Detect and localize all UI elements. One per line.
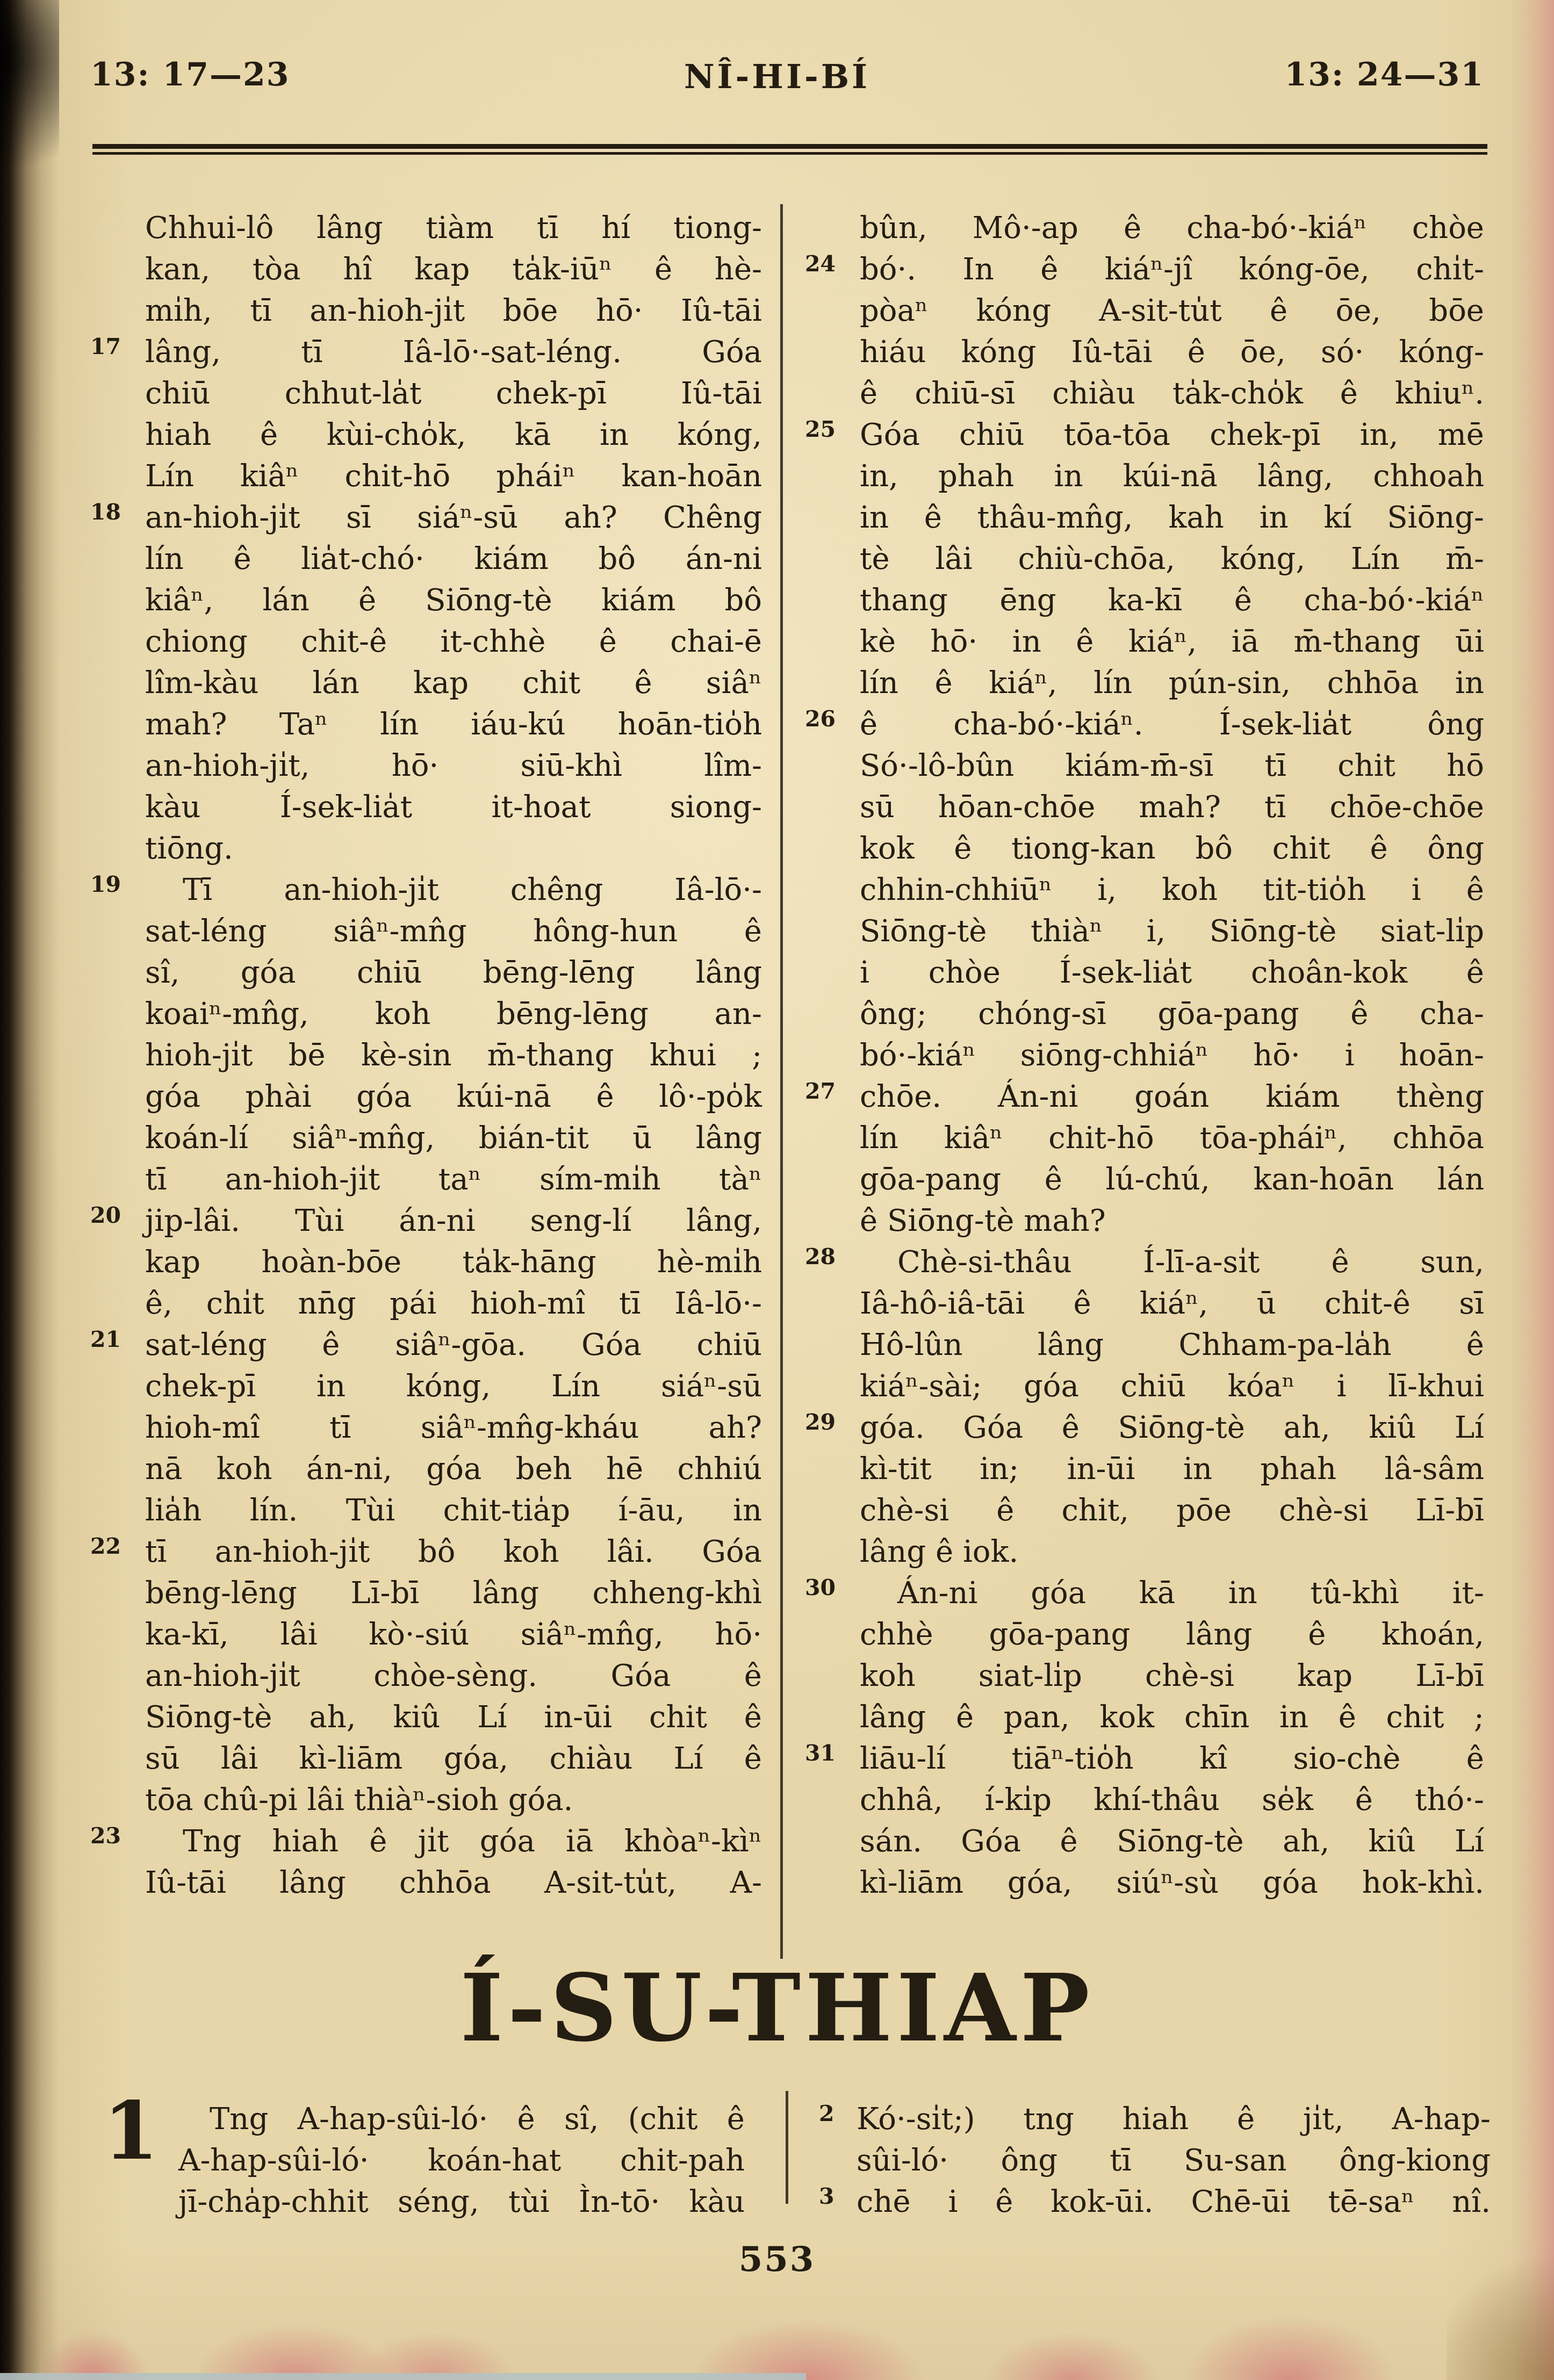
verse-line: 31liāu-lí tiāⁿ-tio̍h kî sio-chè ê <box>860 1738 1484 1779</box>
verse-line: kiáⁿ-sài; góa chiū kóaⁿ i lī-khui <box>860 1366 1484 1407</box>
verse-text: góa phài góa kúi-nā ê lô·-po̍k <box>145 1079 762 1114</box>
verse-line: Só·-lô-bûn kiám-m̄-sī tī chit hō <box>860 745 1484 787</box>
verse-number: 25 <box>805 416 836 442</box>
verse-text: góa. Góa ê Siōng-tè ah, kiû Lí <box>860 1410 1484 1445</box>
verse-number: 31 <box>805 1740 836 1766</box>
verse-text: Chè-si-thâu Í-lī-a-si̍t ê sun, <box>897 1245 1484 1280</box>
verse-line: chiong chit-ê it-chhè ê chai-ē <box>145 621 762 662</box>
scanner-edge <box>0 2373 806 2380</box>
verse-text: Án-ni góa kā in tû-khì it- <box>897 1576 1484 1611</box>
verse-number: 21 <box>90 1326 121 1352</box>
verse-line: bó·-kiáⁿ siōng-chhiáⁿ hō· i hoān- <box>860 1035 1484 1076</box>
verse-line: ê chiū-sī chiàu ta̍k-cho̍k ê khiuⁿ. <box>860 373 1484 414</box>
verse-line: mah? Taⁿ lín iáu-kú hoān-tio̍h <box>145 704 762 745</box>
header-rule <box>92 144 1487 155</box>
verse-text: lâng, tī Iâ-lō·-sat-léng. Góa <box>145 335 762 370</box>
verse-number: 22 <box>90 1533 121 1559</box>
verse-line: góa phài góa kúi-nā ê lô·-po̍k <box>145 1076 762 1117</box>
verse-text: Siōng-tè thiàⁿ i, Siōng-tè siat-li̍p <box>860 914 1484 949</box>
verse-text: mi̍h, tī an-hioh-ji̍t bōe hō· Iû-tāi <box>145 293 762 328</box>
verse-text: ê cha-bó·-kiáⁿ. Í-sek-lia̍t ông <box>860 707 1484 742</box>
verse-line: Lín kiâⁿ chit-hō pháiⁿ kan-hoān <box>145 456 762 497</box>
nehemiah-left-column: Chhui-lô lâng tiàm tī hí tiong-kan, tòa … <box>145 207 762 1903</box>
verse-line: mi̍h, tī an-hioh-ji̍t bōe hō· Iû-tāi <box>145 290 762 331</box>
verse-text: tī an-hioh-ji̍t taⁿ sím-mi̍h tàⁿ <box>145 1162 762 1197</box>
verse-line: lín ê kiáⁿ, lín pún-sin, chhōa in <box>860 662 1484 704</box>
verse-line: sûi-ló· ông tī Su-san ông-kiong <box>857 2140 1491 2181</box>
verse-text: sî, góa chiū bēng-lēng lâng <box>145 955 762 990</box>
verse-line: gōa-pang ê lú-chú, kan-hoān lán <box>860 1159 1484 1200</box>
verse-text: jip-lâi. Tùi án-ni seng-lí lâng, <box>145 1203 762 1238</box>
verse-text: an-hioh-ji̍t, hō· siū-khì lîm- <box>145 748 762 783</box>
verse-line: an-hioh-ji̍t, hō· siū-khì lîm- <box>145 745 762 787</box>
verse-text: kè hō· in ê kiáⁿ, iā m̄-thang ūi <box>860 624 1484 659</box>
verse-text: liāu-lí tiāⁿ-tio̍h kî sio-chè ê <box>860 1741 1484 1776</box>
verse-text: chōe. Án-ni goán kiám thèng <box>860 1079 1484 1114</box>
verse-text: kok ê tiong-kan bô chit ê ông <box>860 831 1484 866</box>
verse-number: 3 <box>819 2183 834 2209</box>
verse-text: Tng hiah ê ji̍t góa iā khòaⁿ-kìⁿ <box>183 1824 762 1859</box>
verse-range-right: 13: 24—31 <box>1284 56 1484 93</box>
page-number: 553 <box>0 2239 1554 2280</box>
verse-text: bēng-lēng Lī-bī lâng chheng-khì <box>145 1576 762 1611</box>
verse-text: kì-liām góa, siúⁿ-sù góa hok-khì. <box>860 1865 1484 1900</box>
verse-line: sat-léng siâⁿ-mn̂g hông-hun ê <box>145 911 762 952</box>
verse-line: 27chōe. Án-ni goán kiám thèng <box>860 1076 1484 1117</box>
verse-text: chē i ê kok-ūi. Chē-ūi tē-saⁿ nî. <box>857 2184 1491 2219</box>
verse-line: koh siat-li̍p chè-si kap Lī-bī <box>860 1655 1484 1697</box>
verse-line: 24bó·. In ê kiáⁿ-jî kóng-ōe, chi̍t- <box>860 249 1484 290</box>
verse-text: sū lâi kì-liām góa, chiàu Lí ê <box>145 1741 762 1776</box>
verse-line: kap hoàn-bōe ta̍k-hāng hè-mi̍h <box>145 1242 762 1283</box>
verse-text: kiáⁿ-sài; góa chiū kóaⁿ i lī-khui <box>860 1369 1484 1404</box>
verse-line: lâng ê pan, kok chīn in ê chit ; <box>860 1697 1484 1738</box>
verse-number: 17 <box>90 334 121 359</box>
verse-number: 18 <box>90 499 121 525</box>
verse-line: chek-pī in kóng, Lín siáⁿ-sū <box>145 1366 762 1407</box>
verse-text: kàu Í-sek-lia̍t it-hoat siong- <box>145 790 762 825</box>
verse-text: Iû-tāi lâng chhōa A-sit-tu̍t, A- <box>145 1865 762 1900</box>
verse-line: 19Tī an-hioh-ji̍t chêng Iâ-lō·- <box>145 869 762 911</box>
verse-line: jī-cha̍p-chhit séng, tùi Ìn-tō· kàu <box>178 2181 745 2223</box>
verse-number: 2 <box>819 2101 834 2126</box>
verse-text: lâng ê pan, kok chīn in ê chit ; <box>860 1700 1484 1735</box>
verse-line: sî, góa chiū bēng-lēng lâng <box>145 952 762 993</box>
verse-number: 20 <box>90 1202 121 1228</box>
verse-number: 27 <box>805 1078 836 1104</box>
verse-text: hiah ê kùi-cho̍k, kā in kóng, <box>145 417 762 452</box>
verse-line: sū hōan-chōe mah? tī chōe-chōe <box>860 787 1484 828</box>
verse-text: ông; chóng-sī gōa-pang ê cha- <box>860 997 1484 1032</box>
verse-text: hiáu kóng Iû-tāi ê ōe, só· kóng- <box>860 335 1484 370</box>
verse-text: Tng A-hap-sûi-ló· ê sî, (chit ê <box>210 2102 745 2137</box>
verse-line: 25Góa chiū tōa-tōa chek-pī in, mē <box>860 414 1484 456</box>
verse-line: koaiⁿ-mn̂g, koh bēng-lēng an- <box>145 993 762 1035</box>
verse-line: A-hap-sûi-ló· koán-hat chit-pah <box>178 2140 745 2181</box>
page-stain <box>0 2267 1554 2380</box>
verse-text: Siōng-tè ah, kiû Lí in-ūi chit ê <box>145 1700 762 1735</box>
verse-text: an-hioh-ji̍t chòe-sèng. Góa ê <box>145 1658 762 1693</box>
verse-text: kiâⁿ, lán ê Siōng-tè kiám bô <box>145 583 762 618</box>
verse-line: 28Chè-si-thâu Í-lī-a-si̍t ê sun, <box>860 1242 1484 1283</box>
verse-line: kì-tit in; in-ūi in phah lâ-sâm <box>860 1448 1484 1490</box>
verse-text: ê, chi̍t nn̄g pái hioh-mî tī Iâ-lō·- <box>145 1286 762 1321</box>
verse-text: chhâ, í-ki̍p khí-thâu se̍k ê thó·- <box>860 1783 1484 1818</box>
verse-text: kì-tit in; in-ūi in phah lâ-sâm <box>860 1452 1484 1487</box>
verse-line: 30Án-ni góa kā in tû-khì it- <box>860 1573 1484 1614</box>
verse-line: ông; chóng-sī gōa-pang ê cha- <box>860 993 1484 1035</box>
verse-number: 28 <box>805 1244 836 1270</box>
verse-text: mah? Taⁿ lín iáu-kú hoān-tio̍h <box>145 707 762 742</box>
scanned-book-page: 13: 17—23 NÎ-HI-BÍ 13: 24—31 Chhui-lô lâ… <box>0 0 1554 2380</box>
verse-text: chek-pī in kóng, Lín siáⁿ-sū <box>145 1369 762 1404</box>
esther-right-column: 2Kó·-si̍t;) tng hiah ê ji̍t, A-hap-sûi-l… <box>857 2098 1491 2223</box>
verse-text: tī an-hioh-ji̍t bô koh lâi. Góa <box>145 1534 762 1569</box>
verse-line: i chòe Í-sek-lia̍t choân-kok ê <box>860 952 1484 993</box>
verse-line: nā koh án-ni, góa beh hē chhiú <box>145 1448 762 1490</box>
esther-book-heading: Í-SU-THIAP <box>0 1962 1554 2054</box>
verse-line: sū lâi kì-liām góa, chiàu Lí ê <box>145 1738 762 1779</box>
verse-line: koán-lí siâⁿ-mn̂g, bián-tit ū lâng <box>145 1117 762 1159</box>
verse-text: kan, tòa hî kap ta̍k-iūⁿ ê hè- <box>145 252 762 287</box>
verse-text: chhin-chhiūⁿ i, koh tit-tio̍h i ê <box>860 872 1484 907</box>
verse-line: 2Kó·-si̍t;) tng hiah ê ji̍t, A-hap- <box>857 2098 1491 2140</box>
verse-text: tiōng. <box>145 831 233 866</box>
verse-line: 18an-hioh-ji̍t sī siáⁿ-sū ah? Chêng <box>145 497 762 538</box>
verse-number: 30 <box>805 1575 836 1600</box>
verse-line: hioh-ji̍t bē kè-sin m̄-thang khui ; <box>145 1035 762 1076</box>
verse-line: chhâ, í-ki̍p khí-thâu se̍k ê thó·- <box>860 1779 1484 1821</box>
verse-text: ê chiū-sī chiàu ta̍k-cho̍k ê khiuⁿ. <box>860 376 1484 411</box>
verse-line: 17lâng, tī Iâ-lō·-sat-léng. Góa <box>145 331 762 373</box>
verse-text: in ê thâu-mn̂g, kah in kí Siōng- <box>860 500 1484 535</box>
verse-text: Só·-lô-bûn kiám-m̄-sī tī chit hō <box>860 748 1484 783</box>
verse-number: 26 <box>805 706 836 732</box>
verse-line: kok ê tiong-kan bô chit ê ông <box>860 828 1484 869</box>
verse-text: bûn, Mô·-ap ê cha-bó·-kiáⁿ chòe <box>860 211 1484 246</box>
verse-text: lín ê kiáⁿ, lín pún-sin, chhōa in <box>860 666 1484 701</box>
verse-text: thang ēng ka-kī ê cha-bó·-kiáⁿ <box>860 583 1484 618</box>
verse-line: 21sat-léng ê siâⁿ-gōa. Góa chiū <box>145 1324 762 1366</box>
verse-text: hioh-ji̍t bē kè-sin m̄-thang khui ; <box>145 1038 762 1073</box>
verse-text: lia̍h lín. Tùi chit-tia̍p í-āu, in <box>145 1493 762 1528</box>
verse-text: Hô-lûn lâng Chham-pa-la̍h ê <box>860 1328 1484 1362</box>
verse-line: tiōng. <box>145 828 762 869</box>
verse-text: nā koh án-ni, góa beh hē chhiú <box>145 1452 762 1487</box>
verse-line: an-hioh-ji̍t chòe-sèng. Góa ê <box>145 1655 762 1697</box>
verse-text: bó·-kiáⁿ siōng-chhiáⁿ hō· i hoān- <box>860 1038 1484 1073</box>
verse-line: tōa chû-pi lâi thiàⁿ-sioh góa. <box>145 1779 762 1821</box>
verse-line: pòaⁿ kóng A-sit-tu̍t ê ōe, bōe <box>860 290 1484 331</box>
verse-text: Lín kiâⁿ chit-hō pháiⁿ kan-hoān <box>145 459 762 494</box>
verse-line: 22tī an-hioh-ji̍t bô koh lâi. Góa <box>145 1531 762 1573</box>
verse-line: bûn, Mô·-ap ê cha-bó·-kiáⁿ chòe <box>860 207 1484 249</box>
verse-line: lîm-kàu lán kap chit ê siâⁿ <box>145 662 762 704</box>
verse-line: Iâ-hô-iâ-tāi ê kiáⁿ, ū chi̍t-ê sī <box>860 1283 1484 1324</box>
verse-text: jī-cha̍p-chhit séng, tùi Ìn-tō· kàu <box>178 2184 745 2219</box>
verse-text: in, phah in kúi-nā lâng, chhoah <box>860 459 1484 494</box>
verse-line: kàu Í-sek-lia̍t it-hoat siong- <box>145 787 762 828</box>
verse-text: pòaⁿ kóng A-sit-tu̍t ê ōe, bōe <box>860 293 1484 328</box>
verse-line: 26ê cha-bó·-kiáⁿ. Í-sek-lia̍t ông <box>860 704 1484 745</box>
verse-line: Siōng-tè thiàⁿ i, Siōng-tè siat-li̍p <box>860 911 1484 952</box>
verse-line: lín ê lia̍t-chó· kiám bô án-ni <box>145 538 762 580</box>
verse-text: lín ê lia̍t-chó· kiám bô án-ni <box>145 542 762 576</box>
verse-text: sat-léng siâⁿ-mn̂g hông-hun ê <box>145 914 762 949</box>
verse-text: sán. Góa ê Siōng-tè ah, kiû Lí <box>860 1824 1484 1859</box>
verse-text: Tī an-hioh-ji̍t chêng Iâ-lō·- <box>183 872 762 907</box>
verse-line: bēng-lēng Lī-bī lâng chheng-khì <box>145 1573 762 1614</box>
verse-line: kè hō· in ê kiáⁿ, iā m̄-thang ūi <box>860 621 1484 662</box>
verse-line: hiáu kóng Iû-tāi ê ōe, só· kóng- <box>860 331 1484 373</box>
verse-text: Chhui-lô lâng tiàm tī hí tiong- <box>145 211 762 246</box>
verse-text: koh siat-li̍p chè-si kap Lī-bī <box>860 1658 1484 1693</box>
verse-line: tè lâi chiù-chōa, kóng, Lín m̄- <box>860 538 1484 580</box>
verse-line: Tng A-hap-sûi-ló· ê sî, (chit ê <box>178 2098 745 2140</box>
verse-line: chhin-chhiūⁿ i, koh tit-tio̍h i ê <box>860 869 1484 911</box>
verse-text: bó·. In ê kiáⁿ-jî kóng-ōe, chi̍t- <box>860 252 1484 287</box>
verse-line: ka-kī, lâi kò·-siú siâⁿ-mn̂g, hō· <box>145 1614 762 1655</box>
verse-text: koaiⁿ-mn̂g, koh bēng-lēng an- <box>145 997 762 1032</box>
verse-line: kiâⁿ, lán ê Siōng-tè kiám bô <box>145 580 762 621</box>
verse-line: kan, tòa hî kap ta̍k-iūⁿ ê hè- <box>145 249 762 290</box>
verse-text: ka-kī, lâi kò·-siú siâⁿ-mn̂g, hō· <box>145 1617 762 1652</box>
verse-line: thang ēng ka-kī ê cha-bó·-kiáⁿ <box>860 580 1484 621</box>
verse-line: hioh-mî tī siâⁿ-mn̂g-kháu ah? <box>145 1407 762 1448</box>
verse-line: chiū chhut-la̍t chek-pī Iû-tāi <box>145 373 762 414</box>
verse-line: in, phah in kúi-nā lâng, chhoah <box>860 456 1484 497</box>
verse-text: hioh-mî tī siâⁿ-mn̂g-kháu ah? <box>145 1410 762 1445</box>
verse-text: tè lâi chiù-chōa, kóng, Lín m̄- <box>860 542 1484 576</box>
verse-text: sûi-ló· ông tī Su-san ông-kiong <box>857 2143 1491 2178</box>
verse-number: 23 <box>90 1823 121 1849</box>
verse-text: an-hioh-ji̍t sī siáⁿ-sū ah? Chêng <box>145 500 762 535</box>
esther-left-column: Tng A-hap-sûi-ló· ê sî, (chit êA-hap-sûi… <box>178 2098 745 2223</box>
verse-text: chiū chhut-la̍t chek-pī Iû-tāi <box>145 376 762 411</box>
verse-line: Iû-tāi lâng chhōa A-sit-tu̍t, A- <box>145 1862 762 1903</box>
verse-text: A-hap-sûi-ló· koán-hat chit-pah <box>178 2143 745 2178</box>
verse-text: chè-si ê chit, pōe chè-si Lī-bī <box>860 1493 1484 1528</box>
verse-line: 20jip-lâi. Tùi án-ni seng-lí lâng, <box>145 1200 762 1242</box>
verse-text: Iâ-hô-iâ-tāi ê kiáⁿ, ū chi̍t-ê sī <box>860 1286 1484 1321</box>
verse-text: lâng ê iok. <box>860 1534 1018 1569</box>
verse-line: chhè gōa-pang lâng ê khoán, <box>860 1614 1484 1655</box>
verse-text: koán-lí siâⁿ-mn̂g, bián-tit ū lâng <box>145 1121 762 1156</box>
verse-line: 3chē i ê kok-ūi. Chē-ūi tē-saⁿ nî. <box>857 2181 1491 2223</box>
verse-text: i chòe Í-sek-lia̍t choân-kok ê <box>860 955 1484 990</box>
verse-text: sat-léng ê siâⁿ-gōa. Góa chiū <box>145 1328 762 1362</box>
verse-line: Siōng-tè ah, kiû Lí in-ūi chit ê <box>145 1697 762 1738</box>
verse-text: Kó·-si̍t;) tng hiah ê ji̍t, A-hap- <box>857 2102 1491 2137</box>
verse-text: lín kiâⁿ chit-hō tōa-pháiⁿ, chhōa <box>860 1121 1484 1156</box>
verse-line: ê Siōng-tè mah? <box>860 1200 1484 1242</box>
verse-line: sán. Góa ê Siōng-tè ah, kiû Lí <box>860 1821 1484 1862</box>
verse-number: 29 <box>805 1409 836 1435</box>
verse-line: 29góa. Góa ê Siōng-tè ah, kiû Lí <box>860 1407 1484 1448</box>
verse-text: lîm-kàu lán kap chit ê siâⁿ <box>145 666 762 701</box>
verse-text: tōa chû-pi lâi thiàⁿ-sioh góa. <box>145 1783 573 1818</box>
verse-line: hiah ê kùi-cho̍k, kā in kóng, <box>145 414 762 456</box>
verse-line: tī an-hioh-ji̍t taⁿ sím-mi̍h tàⁿ <box>145 1159 762 1200</box>
verse-number: 24 <box>805 251 836 277</box>
nehemiah-right-column: bûn, Mô·-ap ê cha-bó·-kiáⁿ chòe24bó·. In… <box>860 207 1484 1903</box>
verse-text: ê Siōng-tè mah? <box>860 1203 1106 1238</box>
verse-text: sū hōan-chōe mah? tī chōe-chōe <box>860 790 1484 825</box>
verse-line: Hô-lûn lâng Chham-pa-la̍h ê <box>860 1324 1484 1366</box>
verse-line: lia̍h lín. Tùi chit-tia̍p í-āu, in <box>145 1490 762 1531</box>
verse-line: lâng ê iok. <box>860 1531 1484 1573</box>
verse-text: kap hoàn-bōe ta̍k-hāng hè-mi̍h <box>145 1245 762 1280</box>
verse-text: chiong chit-ê it-chhè ê chai-ē <box>145 624 762 659</box>
verse-line: lín kiâⁿ chit-hō tōa-pháiⁿ, chhōa <box>860 1117 1484 1159</box>
verse-line: in ê thâu-mn̂g, kah in kí Siōng- <box>860 497 1484 538</box>
verse-text: Góa chiū tōa-tōa chek-pī in, mē <box>860 417 1484 452</box>
verse-line: chè-si ê chit, pōe chè-si Lī-bī <box>860 1490 1484 1531</box>
esther-column-divider <box>786 2091 788 2204</box>
verse-line: Chhui-lô lâng tiàm tī hí tiong- <box>145 207 762 249</box>
verse-line: 23Tng hiah ê ji̍t góa iā khòaⁿ-kìⁿ <box>145 1821 762 1862</box>
verse-line: kì-liām góa, siúⁿ-sù góa hok-khì. <box>860 1862 1484 1903</box>
chapter-number: 1 <box>103 2091 159 2170</box>
verse-text: gōa-pang ê lú-chú, kan-hoān lán <box>860 1162 1484 1197</box>
verse-line: ê, chi̍t nn̄g pái hioh-mî tī Iâ-lō·- <box>145 1283 762 1324</box>
verse-number: 19 <box>90 871 121 897</box>
verse-text: chhè gōa-pang lâng ê khoán, <box>860 1617 1484 1652</box>
column-divider <box>780 204 783 1959</box>
